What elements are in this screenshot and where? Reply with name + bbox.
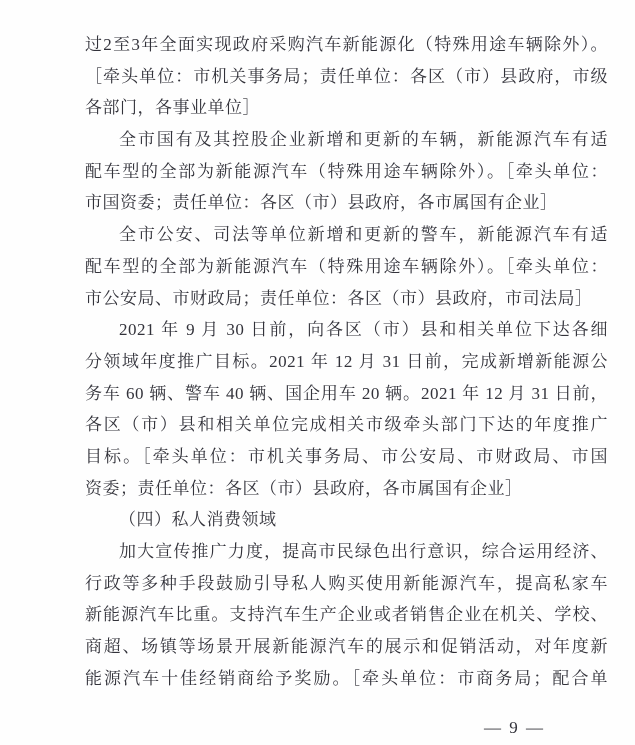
document-line: 各区（市）县和相关单位完成相关市级牵头部门下达的年度推广 — [85, 409, 608, 441]
page-number: — 9 — — [484, 712, 545, 744]
document-line: 全市公安、司法等单位新增和更新的警车，新能源汽车有适 — [85, 219, 608, 251]
document-page: 过2至3年全面实现政府采购汽车新能源化（特殊用途车辆除外）。［牵头单位：市机关事… — [0, 0, 635, 745]
document-body: 过2至3年全面实现政府采购汽车新能源化（特殊用途车辆除外）。［牵头单位：市机关事… — [85, 29, 608, 694]
document-line: 配车型的全部为新能源汽车（特殊用途车辆除外）。［牵头单位： — [85, 251, 608, 283]
document-line: 各部门，各事业单位］ — [85, 92, 608, 124]
document-line: 过2至3年全面实现政府采购汽车新能源化（特殊用途车辆除外）。 — [85, 29, 608, 61]
document-line: 资委；责任单位：各区（市）县政府，各市属国有企业］ — [85, 473, 608, 505]
document-line: 行政等多种手段鼓励引导私人购买使用新能源汽车，提高私家车 — [85, 568, 608, 600]
document-line: 新能源汽车比重。支持汽车生产企业或者销售企业在机关、学校、 — [85, 599, 608, 631]
document-line: 市国资委；责任单位：各区（市）县政府，各市属国有企业］ — [85, 187, 608, 219]
document-line: （四）私人消费领域 — [85, 504, 608, 536]
document-line: 分领域年度推广目标。2021 年 12 月 31 日前，完成新增新能源公 — [85, 346, 608, 378]
document-line: 务车 60 辆、警车 40 辆、国企用车 20 辆。2021 年 12 月 31… — [85, 378, 608, 410]
document-line: 2021 年 9 月 30 日前，向各区（市）县和相关单位下达各细 — [85, 314, 608, 346]
document-line: 市公安局、市财政局；责任单位：各区（市）县政府，市司法局］ — [85, 283, 608, 315]
document-line: 全市国有及其控股企业新增和更新的车辆，新能源汽车有适 — [85, 124, 608, 156]
document-line: 目标。［牵头单位：市机关事务局、市公安局、市财政局、市国 — [85, 441, 608, 473]
document-line: 配车型的全部为新能源汽车（特殊用途车辆除外）。［牵头单位： — [85, 156, 608, 188]
document-line: ［牵头单位：市机关事务局；责任单位：各区（市）县政府，市级 — [85, 61, 608, 93]
document-line: 商超、场镇等场景开展新能源汽车的展示和促销活动，对年度新 — [85, 631, 608, 663]
document-line: 能源汽车十佳经销商给予奖励。［牵头单位：市商务局；配合单 — [85, 663, 608, 695]
document-line: 加大宣传推广力度，提高市民绿色出行意识，综合运用经济、 — [85, 536, 608, 568]
